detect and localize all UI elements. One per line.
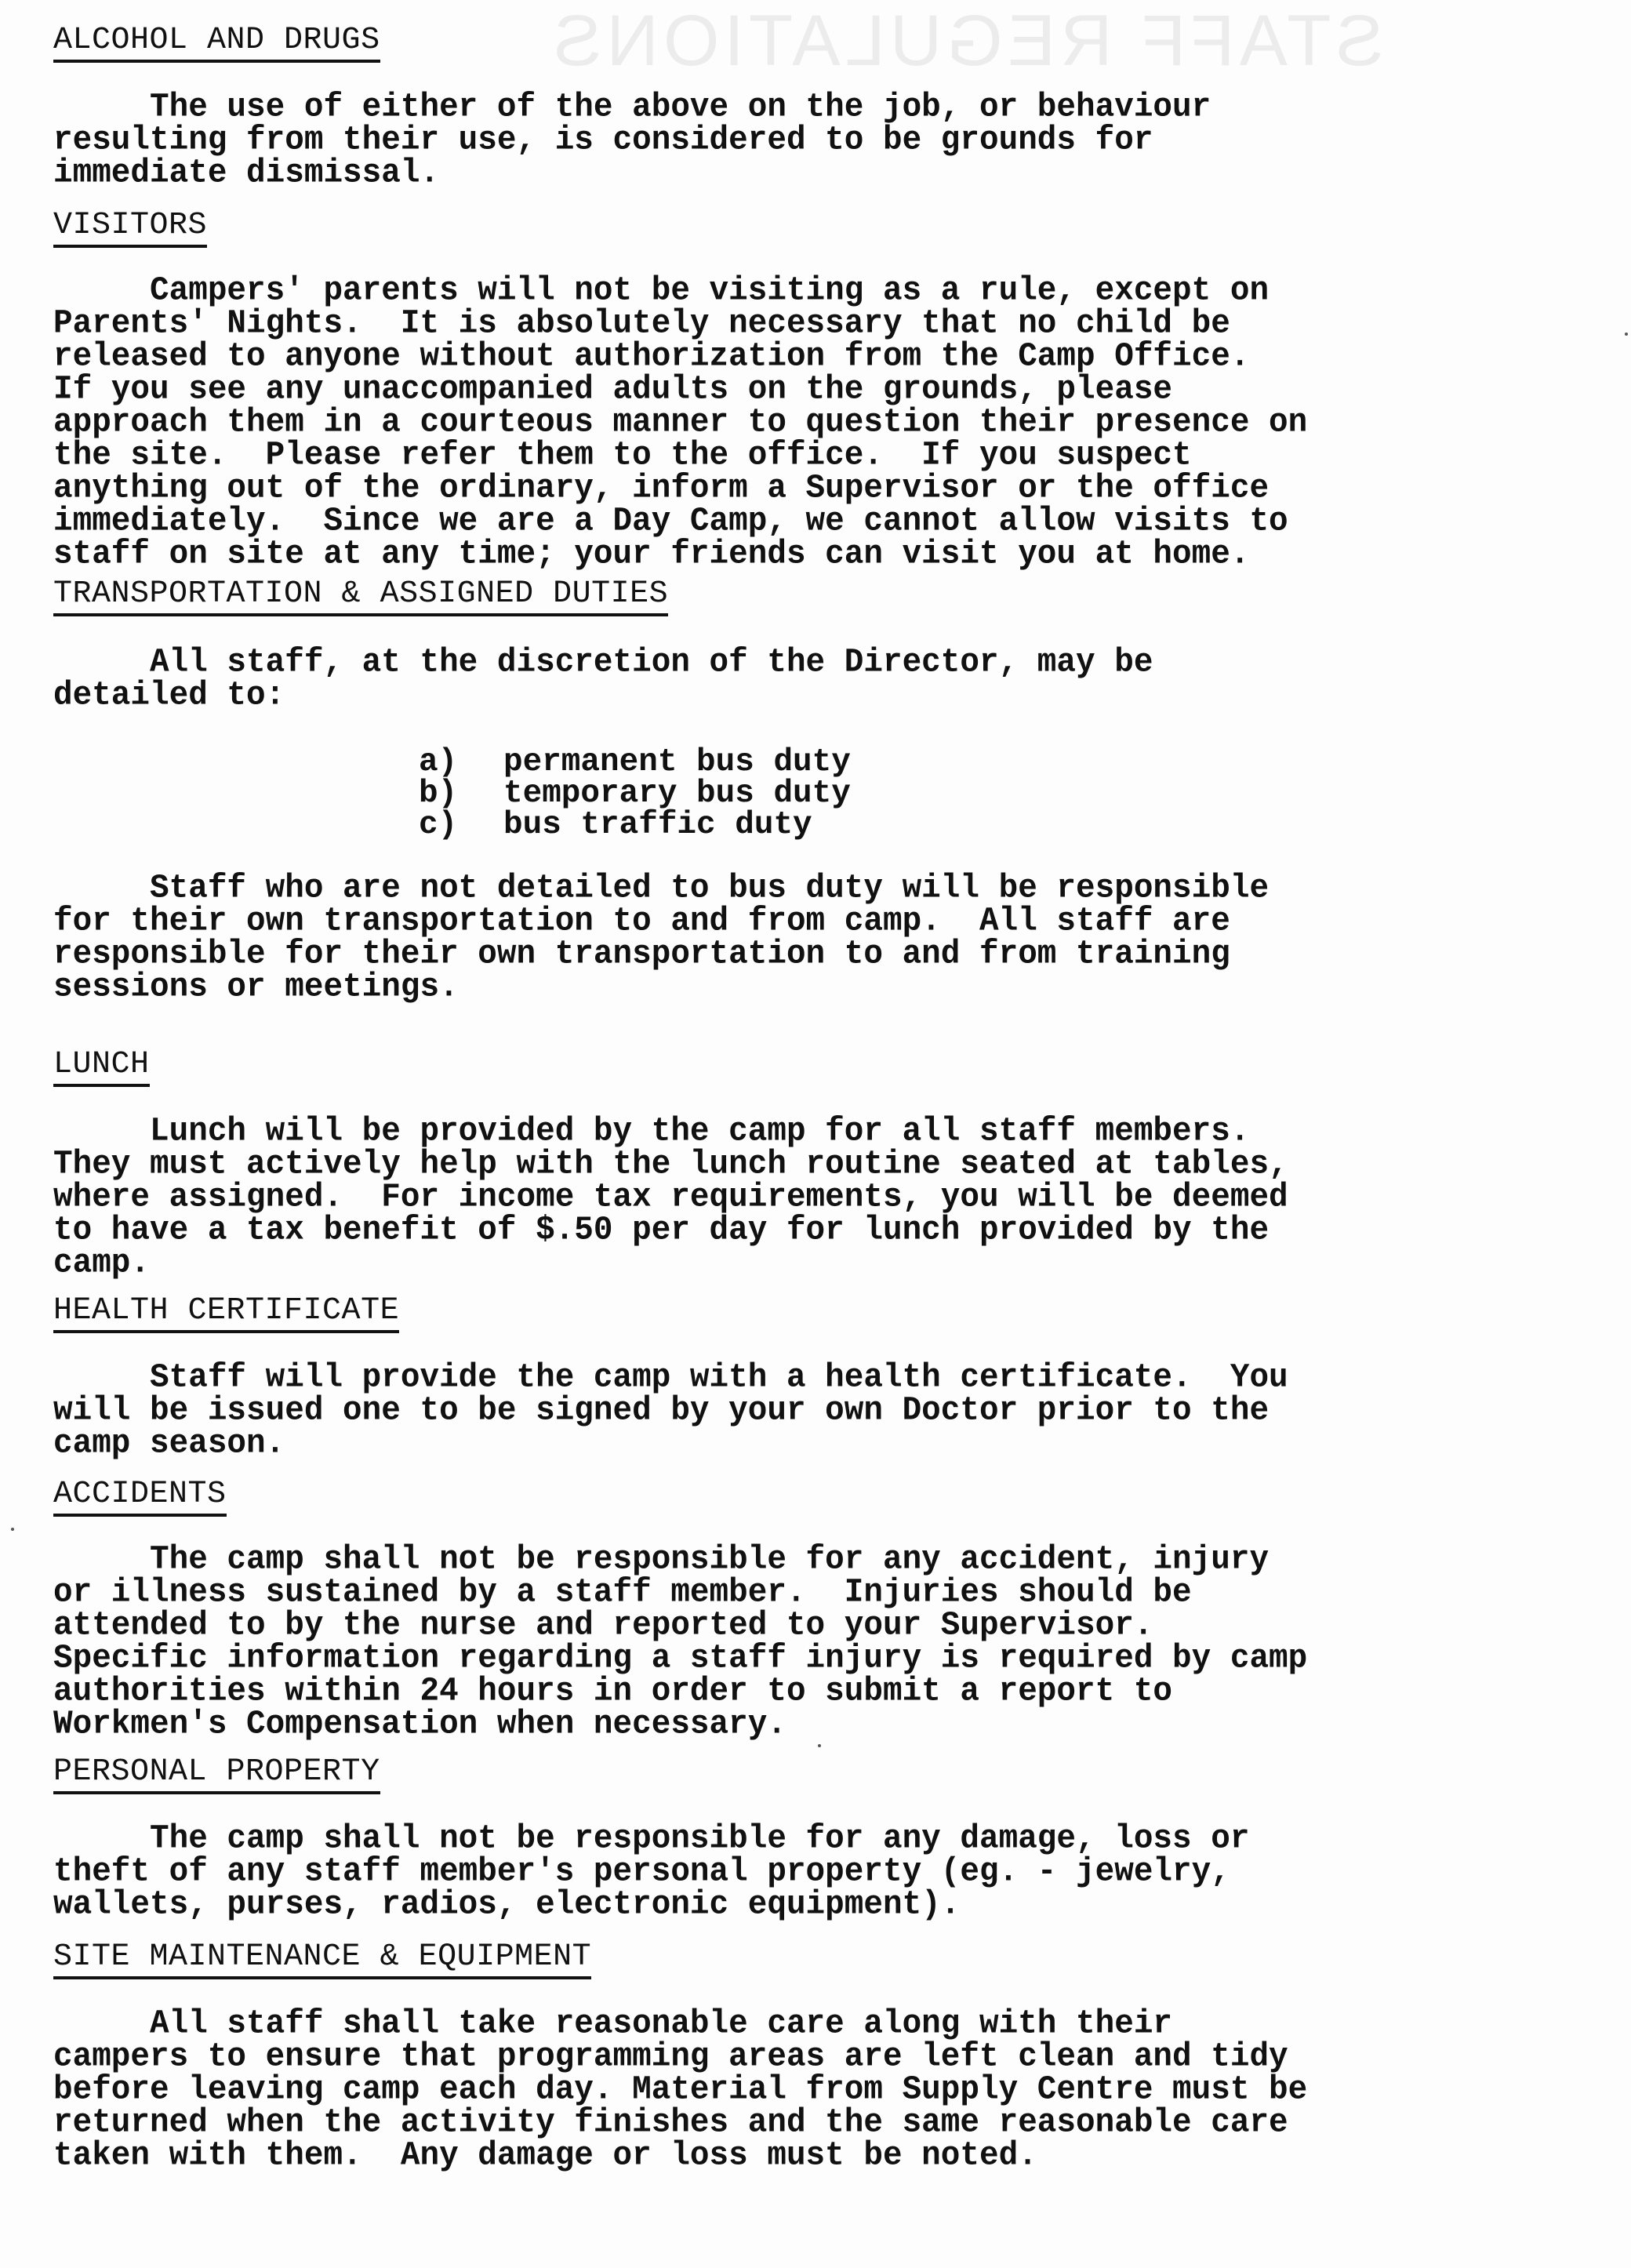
duty-item: b)temporary bus duty xyxy=(53,778,1590,809)
text-line: before leaving camp each day. Material f… xyxy=(53,2074,1590,2106)
section-paragraph: The use of either of the above on the jo… xyxy=(53,91,1590,190)
text-line: released to anyone without authorization… xyxy=(53,340,1590,373)
text-line: immediately. Since we are a Day Camp, we… xyxy=(53,505,1590,538)
section-paragraph: Lunch will be provided by the camp for a… xyxy=(53,1115,1590,1280)
scan-speck xyxy=(1625,333,1628,336)
text-line: All staff, at the discretion of the Dire… xyxy=(53,646,1590,679)
section-heading: LUNCH xyxy=(53,1046,150,1087)
text-line: for their own transportation to and from… xyxy=(53,905,1590,938)
text-line: resulting from their use, is considered … xyxy=(53,124,1590,157)
section-paragraph: Campers' parents will not be visiting as… xyxy=(53,274,1590,571)
section-personal-property: PERSONAL PROPERTY The camp shall not be … xyxy=(53,1754,1590,1917)
text-line: If you see any unaccompanied adults on t… xyxy=(53,373,1590,406)
text-line: theft of any staff member's personal pro… xyxy=(53,1855,1590,1888)
section-heading: HEALTH CERTIFICATE xyxy=(53,1292,399,1333)
section-heading: ALCOHOL AND DRUGS xyxy=(53,22,380,63)
duty-list: a)permanent bus duty b)temporary bus dut… xyxy=(53,747,1590,841)
section-intro-paragraph: All staff, at the discretion of the Dire… xyxy=(53,646,1590,712)
text-line: sessions or meetings. xyxy=(53,971,1590,1004)
section-alcohol-and-drugs: ALCOHOL AND DRUGS The use of either of t… xyxy=(53,22,1590,185)
section-visitors: VISITORS Campers' parents will not be vi… xyxy=(53,207,1590,557)
document-page: ALCOHOL AND DRUGS The use of either of t… xyxy=(53,22,1590,2164)
duty-marker: c) xyxy=(419,809,503,841)
section-closing-paragraph: Staff who are not detailed to bus duty w… xyxy=(53,872,1590,1004)
section-site-maintenance: SITE MAINTENANCE & EQUIPMENT All staff s… xyxy=(53,1939,1590,2164)
section-heading: TRANSPORTATION & ASSIGNED DUTIES xyxy=(53,576,668,616)
text-line: responsible for their own transportation… xyxy=(53,938,1590,971)
section-heading: PERSONAL PROPERTY xyxy=(53,1754,380,1794)
text-line: returned when the activity finishes and … xyxy=(53,2106,1590,2139)
text-line: campers to ensure that programming areas… xyxy=(53,2041,1590,2074)
text-line: camp. xyxy=(53,1247,1590,1280)
duty-marker: b) xyxy=(419,778,503,809)
text-line: staff on site at any time; your friends … xyxy=(53,538,1590,571)
duty-item: a)permanent bus duty xyxy=(53,747,1590,778)
section-accidents: ACCIDENTS The camp shall not be responsi… xyxy=(53,1476,1590,1732)
text-line: Staff will provide the camp with a healt… xyxy=(53,1361,1590,1394)
text-line: anything out of the ordinary, inform a S… xyxy=(53,472,1590,505)
text-line: attended to by the nurse and reported to… xyxy=(53,1609,1590,1642)
section-paragraph: The camp shall not be responsible for an… xyxy=(53,1543,1590,1741)
text-line: Campers' parents will not be visiting as… xyxy=(53,274,1590,307)
text-line: Staff who are not detailed to bus duty w… xyxy=(53,872,1590,905)
text-line: or illness sustained by a staff member. … xyxy=(53,1576,1590,1609)
text-line: They must actively help with the lunch r… xyxy=(53,1148,1590,1181)
text-line: Specific information regarding a staff i… xyxy=(53,1642,1590,1675)
duty-text: bus traffic duty xyxy=(503,807,812,843)
text-line: approach them in a courteous manner to q… xyxy=(53,406,1590,439)
text-line: to have a tax benefit of $.50 per day fo… xyxy=(53,1214,1590,1247)
section-paragraph: All staff shall take reasonable care alo… xyxy=(53,2008,1590,2172)
text-line: camp season. xyxy=(53,1427,1590,1460)
text-line: Parents' Nights. It is absolutely necess… xyxy=(53,307,1590,340)
text-line: will be issued one to be signed by your … xyxy=(53,1394,1590,1427)
section-heading: SITE MAINTENANCE & EQUIPMENT xyxy=(53,1939,591,1979)
section-heading: ACCIDENTS xyxy=(53,1476,227,1517)
text-line: The camp shall not be responsible for an… xyxy=(53,1543,1590,1576)
text-line: The use of either of the above on the jo… xyxy=(53,91,1590,124)
text-line: All staff shall take reasonable care alo… xyxy=(53,2008,1590,2041)
section-paragraph: Staff will provide the camp with a healt… xyxy=(53,1361,1590,1460)
text-line: The camp shall not be responsible for an… xyxy=(53,1823,1590,1855)
text-line: detailed to: xyxy=(53,679,1590,712)
text-line: Workmen's Compensation when necessary. xyxy=(53,1708,1590,1741)
text-line: wallets, purses, radios, electronic equi… xyxy=(53,1888,1590,1921)
section-lunch: LUNCH Lunch will be provided by the camp… xyxy=(53,1046,1590,1272)
text-line: where assigned. For income tax requireme… xyxy=(53,1181,1590,1214)
section-heading: VISITORS xyxy=(53,207,207,248)
duty-item: c)bus traffic duty xyxy=(53,809,1590,841)
section-transportation: TRANSPORTATION & ASSIGNED DUTIES All sta… xyxy=(53,576,1590,998)
text-line: immediate dismissal. xyxy=(53,157,1590,190)
text-line: authorities within 24 hours in order to … xyxy=(53,1675,1590,1708)
text-line: Lunch will be provided by the camp for a… xyxy=(53,1115,1590,1148)
duty-marker: a) xyxy=(419,747,503,778)
section-paragraph: The camp shall not be responsible for an… xyxy=(53,1823,1590,1921)
section-health-certificate: HEALTH CERTIFICATE Staff will provide th… xyxy=(53,1292,1590,1456)
text-line: taken with them. Any damage or loss must… xyxy=(53,2139,1590,2172)
text-line: the site. Please refer them to the offic… xyxy=(53,439,1590,472)
scan-speck xyxy=(11,1528,14,1531)
